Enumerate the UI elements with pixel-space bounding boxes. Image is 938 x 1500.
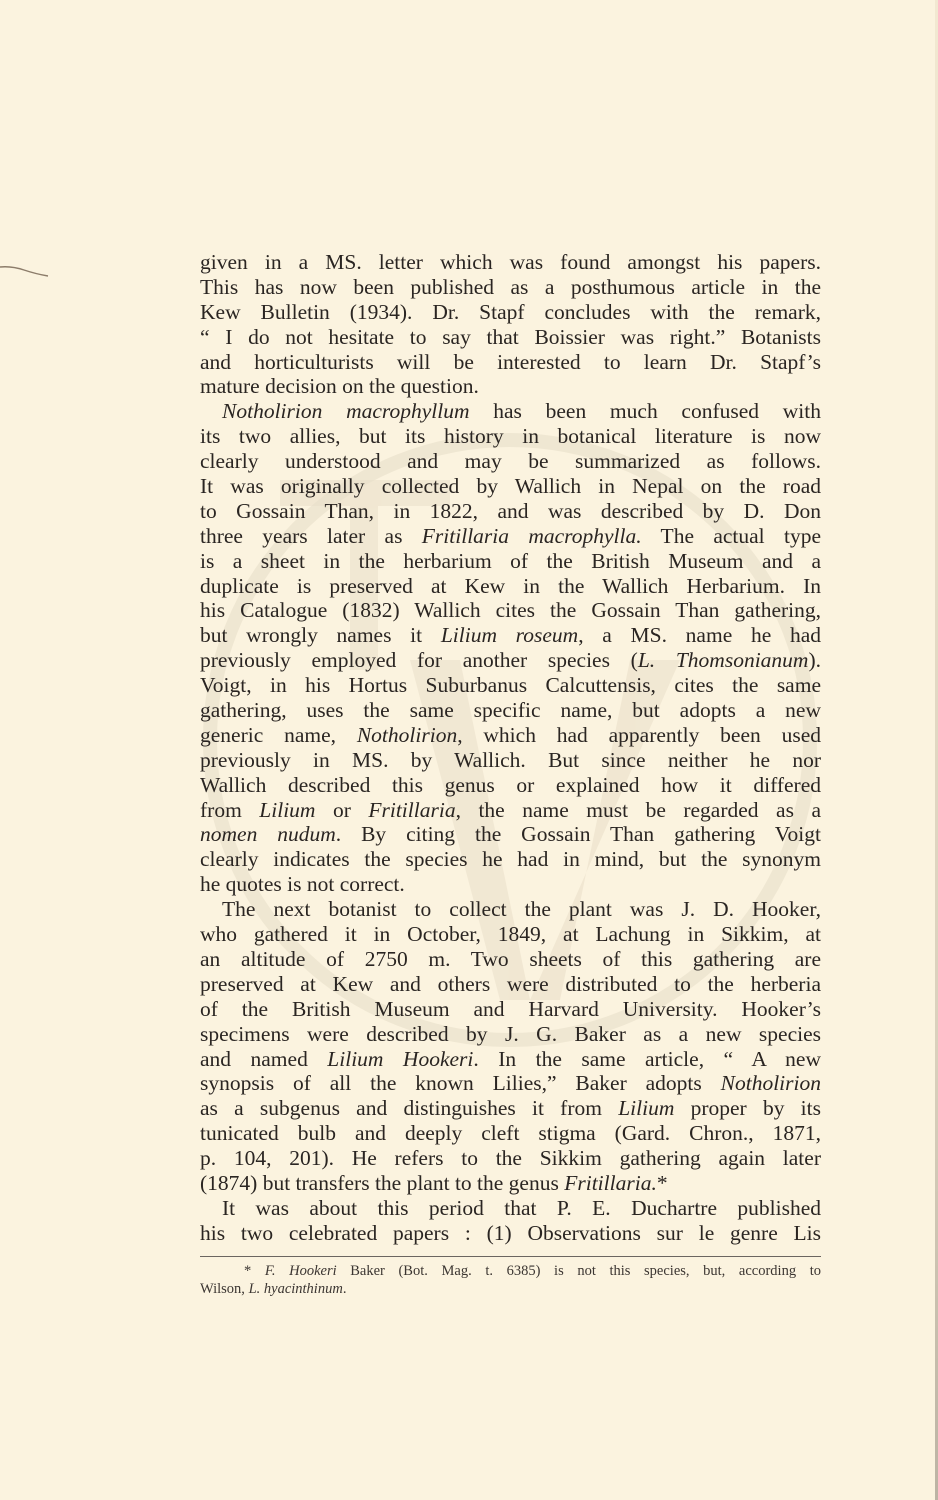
text-segment: * xyxy=(244,1263,265,1279)
text-segment: Wilson, xyxy=(200,1281,249,1297)
text-segment: his Catalogue (1832) Wallich cites the G… xyxy=(200,598,821,622)
text-line: he quotes is not correct. xyxy=(200,872,821,897)
text-line: mature decision on the question. xyxy=(200,374,821,399)
text-line: It was about this period that P. E. Duch… xyxy=(200,1196,821,1221)
text-segment: Wallich described this genus or explaine… xyxy=(200,773,821,797)
text-line: clearly indicates the species he had in … xyxy=(200,847,821,872)
text-line: as a subgenus and distinguishes it from … xyxy=(200,1096,821,1121)
text-segment: preserved at Kew and others were distrib… xyxy=(200,972,821,996)
italic-text: Notholirion xyxy=(357,723,457,747)
text-segment: Kew Bulletin (1934). Dr. Stapf concludes… xyxy=(200,300,821,324)
text-segment: The actual type xyxy=(642,524,821,548)
text-line: who gathered it in October, 1849, at Lac… xyxy=(200,922,821,947)
text-segment: three years later as xyxy=(200,524,422,548)
text-line: (1874) but transfers the plant to the ge… xyxy=(200,1171,821,1196)
text-line: but wrongly names it Lilium roseum, a MS… xyxy=(200,623,821,648)
text-segment: and named xyxy=(200,1047,327,1071)
text-line: “ I do not hesitate to say that Boissier… xyxy=(200,325,821,350)
footnote-line: Wilson, L. hyacinthinum. xyxy=(200,1280,821,1298)
footnote-divider xyxy=(200,1256,821,1257)
text-line: and named Lilium Hookeri. In the same ar… xyxy=(200,1047,821,1072)
footnote-line: * F. Hookeri Baker (Bot. Mag. t. 6385) i… xyxy=(200,1262,821,1280)
text-line: Wallich described this genus or explaine… xyxy=(200,773,821,798)
text-line: to Gossain Than, in 1822, and was descri… xyxy=(200,499,821,524)
text-segment: ). xyxy=(808,648,821,672)
text-segment: The next botanist to collect the plant w… xyxy=(222,897,821,921)
text-line: Voigt, in his Hortus Suburbanus Calcutte… xyxy=(200,673,821,698)
text-line: synopsis of all the known Lilies,” Baker… xyxy=(200,1071,821,1096)
italic-text: F. Hookeri xyxy=(265,1263,337,1279)
italic-text: Notholirion xyxy=(721,1071,821,1095)
text-segment: generic name, xyxy=(200,723,357,747)
text-line: p. 104, 201). He refers to the Sikkim ga… xyxy=(200,1146,821,1171)
text-segment: previously employed for another species … xyxy=(200,648,638,672)
text-line: is a sheet in the herbarium of the Briti… xyxy=(200,549,821,574)
text-segment: gathering, uses the same specific name, … xyxy=(200,698,821,722)
text-segment: proper by its xyxy=(674,1096,821,1120)
text-line: nomen nudum. By citing the Gossain Than … xyxy=(200,822,821,847)
italic-text: Lilium roseum xyxy=(441,623,578,647)
text-line: clearly understood and may be summarized… xyxy=(200,449,821,474)
text-line: from Lilium or Fritillaria, the name mus… xyxy=(200,798,821,823)
text-segment: given in a MS. letter which was found am… xyxy=(200,250,821,274)
text-segment: clearly indicates the species he had in … xyxy=(200,847,821,871)
text-line: previously employed for another species … xyxy=(200,648,821,673)
text-segment: from xyxy=(200,798,259,822)
text-line: three years later as Fritillaria macroph… xyxy=(200,524,821,549)
text-segment: synopsis of all the known Lilies,” Baker… xyxy=(200,1071,721,1095)
text-segment: Baker (Bot. Mag. t. 6385) is not this sp… xyxy=(337,1263,821,1279)
footnote: * F. Hookeri Baker (Bot. Mag. t. 6385) i… xyxy=(200,1262,821,1298)
text-segment: (1874) but transfers the plant to the ge… xyxy=(200,1171,564,1195)
italic-text: Fritillaria macrophylla. xyxy=(422,524,642,548)
italic-text: Fritillaria xyxy=(368,798,455,822)
text-segment: previously in MS. by Wallich. But since … xyxy=(200,748,821,772)
text-segment: . xyxy=(343,1281,347,1297)
text-line: duplicate is preserved at Kew in the Wal… xyxy=(200,574,821,599)
text-line: tunicated bulb and deeply cleft stigma (… xyxy=(200,1121,821,1146)
italic-text: L. hyacinthinum xyxy=(249,1281,343,1297)
italic-text: nomen nudum xyxy=(200,822,336,846)
text-line: generic name, Notholirion, which had app… xyxy=(200,723,821,748)
text-segment: * xyxy=(657,1171,668,1195)
text-line: his two celebrated papers : (1) Observat… xyxy=(200,1221,821,1246)
text-line: The next botanist to collect the plant w… xyxy=(200,897,821,922)
italic-text: Lilium xyxy=(618,1096,674,1120)
text-segment: is a sheet in the herbarium of the Briti… xyxy=(200,549,821,573)
text-segment: has been much confused with xyxy=(470,399,822,423)
text-line: previously in MS. by Wallich. But since … xyxy=(200,748,821,773)
text-segment: It was originally collected by Wallich i… xyxy=(200,474,821,498)
text-segment: It was about this period that P. E. Duch… xyxy=(222,1196,821,1220)
italic-text: L. Thomsonianum xyxy=(638,648,809,672)
text-segment: This has now been published as a posthum… xyxy=(200,275,821,299)
text-segment: to Gossain Than, in 1822, and was descri… xyxy=(200,499,821,523)
text-segment: he quotes is not correct. xyxy=(200,872,405,896)
text-line: Notholirion macrophyllum has been much c… xyxy=(200,399,821,424)
text-segment: or xyxy=(315,798,368,822)
text-segment: as a subgenus and distinguishes it from xyxy=(200,1096,618,1120)
text-line: preserved at Kew and others were distrib… xyxy=(200,972,821,997)
text-segment: its two allies, but its history in botan… xyxy=(200,424,821,448)
text-segment: . By citing the Gossain Than gathering V… xyxy=(336,822,821,846)
text-segment: clearly understood and may be summarized… xyxy=(200,449,821,473)
text-segment: and horticulturists will be interested t… xyxy=(200,350,821,374)
italic-text: Lilium Hookeri xyxy=(327,1047,473,1071)
text-line: specimens were described by J. G. Baker … xyxy=(200,1022,821,1047)
text-segment: but wrongly names it xyxy=(200,623,441,647)
italic-text: Notholirion macrophyllum xyxy=(222,399,470,423)
text-segment: . In the same article, “ A new xyxy=(473,1047,821,1071)
text-line: gathering, uses the same specific name, … xyxy=(200,698,821,723)
text-segment: “ I do not hesitate to say that Boissier… xyxy=(200,325,821,349)
text-line: Kew Bulletin (1934). Dr. Stapf concludes… xyxy=(200,300,821,325)
text-segment: , a MS. name he had xyxy=(578,623,821,647)
text-segment: of the British Museum and Harvard Univer… xyxy=(200,997,821,1021)
text-segment: an altitude of 2750 m. Two sheets of thi… xyxy=(200,947,821,971)
text-segment: mature decision on the question. xyxy=(200,374,479,398)
text-line: It was originally collected by Wallich i… xyxy=(200,474,821,499)
text-line: This has now been published as a posthum… xyxy=(200,275,821,300)
body-text: given in a MS. letter which was found am… xyxy=(200,250,821,1246)
text-line: its two allies, but its history in botan… xyxy=(200,424,821,449)
paper-scratch-mark xyxy=(0,262,50,278)
italic-text: Fritillaria. xyxy=(564,1171,657,1195)
text-segment: duplicate is preserved at Kew in the Wal… xyxy=(200,574,821,598)
text-line: an altitude of 2750 m. Two sheets of thi… xyxy=(200,947,821,972)
text-segment: tunicated bulb and deeply cleft stigma (… xyxy=(200,1121,821,1145)
text-segment: p. 104, 201). He refers to the Sikkim ga… xyxy=(200,1146,821,1170)
text-segment: Voigt, in his Hortus Suburbanus Calcutte… xyxy=(200,673,821,697)
text-segment: specimens were described by J. G. Baker … xyxy=(200,1022,821,1046)
text-segment: who gathered it in October, 1849, at Lac… xyxy=(200,922,821,946)
italic-text: Lilium xyxy=(259,798,315,822)
text-line: given in a MS. letter which was found am… xyxy=(200,250,821,275)
text-segment: , which had apparently been used xyxy=(457,723,821,747)
text-segment: , the name must be regarded as a xyxy=(456,798,821,822)
text-line: his Catalogue (1832) Wallich cites the G… xyxy=(200,598,821,623)
text-line: and horticulturists will be interested t… xyxy=(200,350,821,375)
text-segment: his two celebrated papers : (1) Observat… xyxy=(200,1221,821,1245)
text-line: of the British Museum and Harvard Univer… xyxy=(200,997,821,1022)
